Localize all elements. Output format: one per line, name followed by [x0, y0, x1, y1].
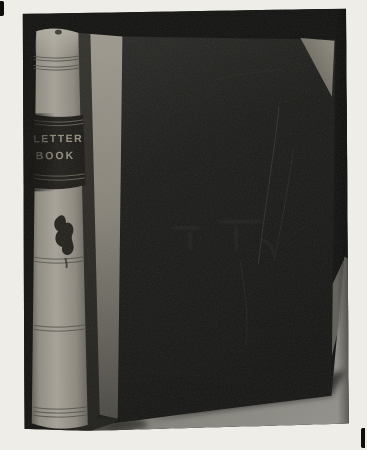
- photograph: LETTER BOOK: [20, 9, 350, 432]
- scan-mark-top-left: [0, 1, 4, 16]
- scanned-photo-page: LETTER BOOK: [0, 0, 367, 450]
- scan-mark-bottom-right: [361, 428, 365, 448]
- photo-scene: LETTER BOOK: [20, 9, 350, 432]
- film-grain: [20, 9, 350, 432]
